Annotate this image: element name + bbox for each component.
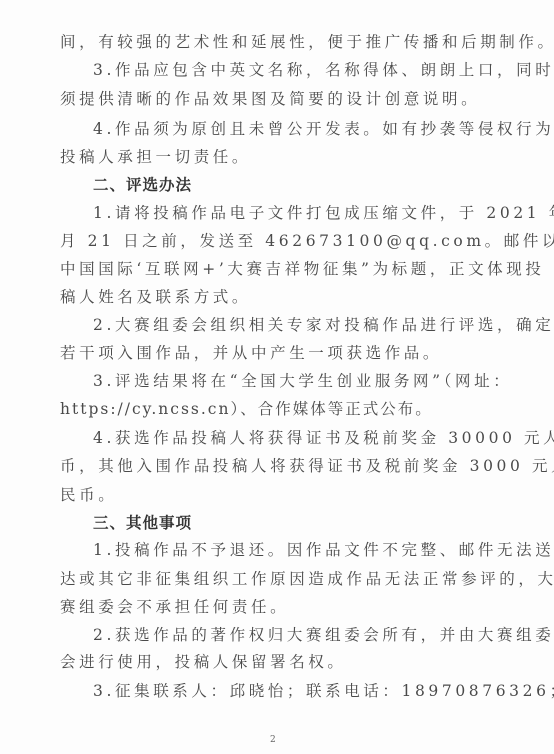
document-page: 间，有较强的艺术性和延展性，便于推广传播和后期制作。 3.作品应包含中英文名称，…	[0, 0, 554, 754]
section-heading: 三、其他事项	[93, 513, 490, 533]
page-number: 2	[270, 735, 276, 745]
text-line: 会进行使用，投稿人保留署名权。	[60, 652, 490, 672]
text-line: 1.投稿作品不予退还。因作品文件不完整、邮件无法送	[93, 540, 490, 560]
text-line: 3.作品应包含中英文名称，名称得体、朗朗上口，同时	[93, 60, 490, 80]
text-line: 2.大赛组委会组织相关专家对投稿作品进行评选，确定	[93, 315, 490, 335]
text-line: 间，有较强的艺术性和延展性，便于推广传播和后期制作。	[60, 32, 490, 52]
text-line: 月 21 日之前，发送至 462673100@qq.com。邮件以“第七届	[60, 231, 490, 251]
text-line: 稿人姓名及联系方式。	[60, 287, 490, 307]
text-line: 达或其它非征集组织工作原因造成作品无法正常参评的，大	[60, 569, 490, 589]
text-line: 若干项入围作品，并从中产生一项获选作品。	[60, 343, 490, 363]
text-line: 4.获选作品投稿人将获得证书及税前奖金 30000 元人民	[93, 428, 490, 448]
text-line: 4.作品须为原创且未曾公开发表。如有抄袭等侵权行为，	[93, 119, 490, 139]
text-line: 中国国际‘互联网+’大赛吉祥物征集”为标题，正文体现投	[60, 259, 490, 279]
text-line: 赛组委会不承担任何责任。	[60, 597, 490, 617]
section-heading: 二、评选办法	[93, 175, 490, 195]
text-line: 须提供清晰的作品效果图及简要的设计创意说明。	[60, 89, 490, 109]
text-line: 1.请将投稿作品电子文件打包成压缩文件，于 2021 年 5	[93, 203, 490, 223]
text-line: https://cy.ncss.cn）、合作媒体等正式公布。	[60, 399, 490, 419]
text-line: 币，其他入围作品投稿人将获得证书及税前奖金 3000 元人	[60, 456, 490, 476]
text-line: 投稿人承担一切责任。	[60, 147, 490, 167]
text-line: 民币。	[60, 485, 490, 505]
text-line: 2.获选作品的著作权归大赛组委会所有，并由大赛组委	[93, 625, 490, 645]
text-line: 3.评选结果将在“全国大学生创业服务网”（网址：	[93, 371, 490, 391]
text-line: 3.征集联系人：邱晓怡；联系电话：18970876326；电子	[93, 681, 490, 701]
